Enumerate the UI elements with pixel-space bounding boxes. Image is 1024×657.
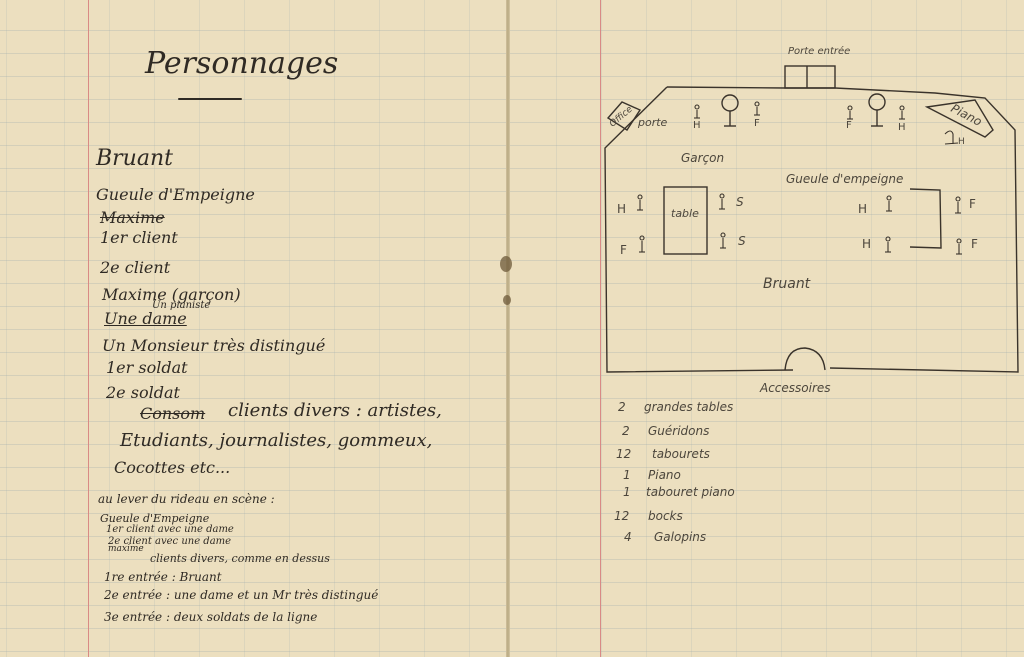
seat-letter: H [898, 122, 906, 133]
clients-line-1: clients divers : artistes, [228, 400, 442, 421]
waiter-label: Garçon [681, 151, 724, 165]
right-table [910, 189, 941, 248]
bruant-label: Bruant [763, 276, 810, 292]
table-label: table [671, 207, 699, 220]
entry-2: 2e entrée : une dame et un Mr très disti… [104, 588, 378, 602]
room-wall-line [667, 87, 1018, 372]
clients-struck-word: Consom [140, 404, 205, 423]
entrance-label: Porte entrée [788, 46, 850, 57]
entry-3: 3e entrée : deux soldats de la ligne [104, 610, 317, 624]
character-gueule: Gueule d'Empeigne [96, 185, 255, 204]
prop-qty: 1 [623, 468, 631, 482]
prop-qty: 2 [618, 400, 626, 414]
seat-letter: F [754, 118, 760, 129]
prop-item: Piano [648, 468, 681, 482]
notes-line-4-annotation: maxime [108, 544, 144, 554]
seat-letter: H [617, 202, 626, 216]
seat-letter: H [693, 120, 701, 131]
prop-item: tabouret piano [646, 485, 735, 499]
seat-letter: F [620, 243, 627, 257]
entrance-door-box [785, 66, 835, 88]
clients-line-3: Cocottes etc... [114, 458, 230, 477]
seat-letter: H [958, 137, 965, 147]
prop-item: tabourets [652, 447, 710, 461]
left-notebook-page: Personnages Bruant Gueule d'Empeigne Max… [0, 0, 508, 657]
entry-1: 1re entrée : Bruant [104, 570, 222, 584]
prop-item: Galopins [654, 530, 706, 544]
seat-letter: S [738, 234, 746, 248]
seat-letter: F [846, 120, 852, 131]
prop-item: grandes tables [644, 400, 733, 414]
prop-qty: 12 [616, 447, 631, 461]
prop-qty: 12 [614, 509, 629, 523]
character-client-2: 2e client [100, 258, 170, 277]
red-margin-line [88, 0, 89, 657]
seat-letter: F [969, 197, 976, 211]
notes-heading: au lever du rideau en scène : [98, 492, 275, 506]
character-client-1: 1er client [100, 228, 178, 247]
notebook-spine [506, 0, 510, 657]
character-soldat-1: 1er soldat [106, 358, 188, 377]
page-title: Personnages [145, 46, 338, 81]
prop-item: Guéridons [648, 424, 709, 438]
stage-plan-diagram [600, 40, 1024, 380]
prop-item: bocks [648, 509, 683, 523]
notes-line-2: 1er client avec une dame [106, 524, 234, 535]
notes-line-4: clients divers, comme en dessus [150, 552, 330, 565]
gueule-label: Gueule d'empeigne [786, 172, 903, 186]
prop-qty: 4 [624, 530, 632, 544]
door-label: porte [638, 116, 667, 129]
prop-qty: 2 [622, 424, 630, 438]
character-dame: Une dame [104, 309, 187, 328]
binding-stain [503, 295, 511, 305]
prop-qty: 1 [623, 485, 631, 499]
title-underline [178, 98, 242, 100]
seat-letter: F [971, 237, 978, 251]
props-heading: Accessoires [760, 381, 831, 395]
clients-line-2: Etudiants, journalistes, gommeux, [120, 430, 432, 451]
character-bruant: Bruant [96, 146, 173, 171]
left-table [664, 187, 707, 254]
binding-stain [500, 256, 512, 272]
character-soldat-2: 2e soldat [106, 383, 180, 402]
character-monsieur: Un Monsieur très distingué [102, 336, 325, 355]
seat-letter: H [862, 237, 871, 251]
seat-letter: S [736, 195, 744, 209]
stage-arch [785, 348, 825, 370]
seat-letter: H [858, 202, 867, 216]
character-maxime-struck: Maxime [100, 208, 165, 227]
